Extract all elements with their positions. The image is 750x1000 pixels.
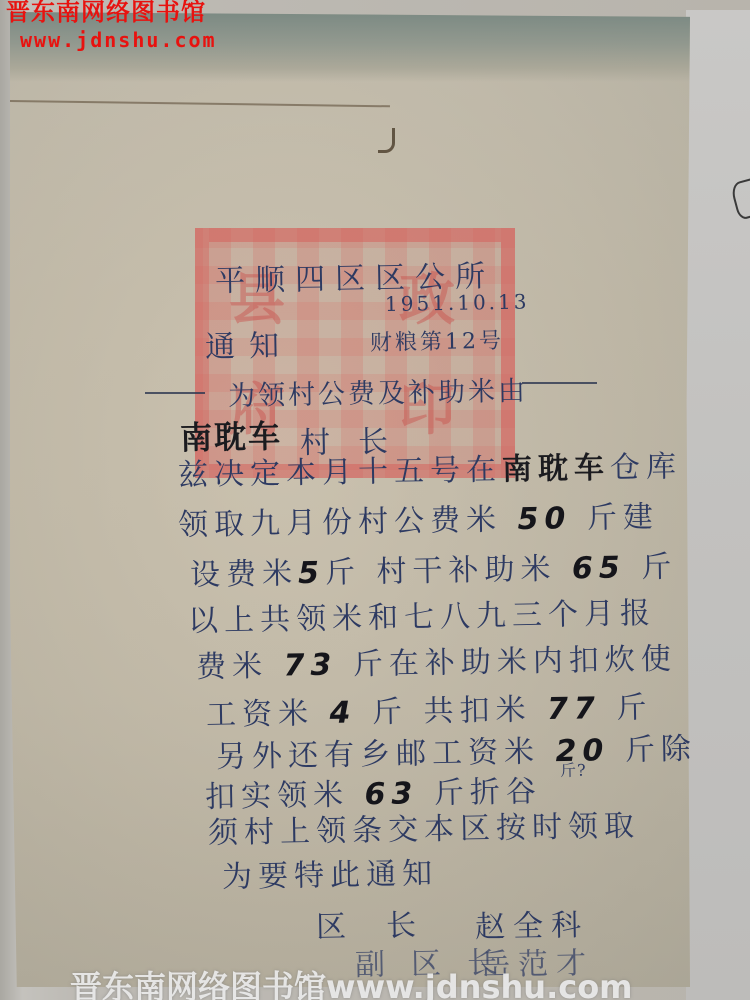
- body-line-5: 费米 73 斤在补助米内扣炊使: [196, 634, 678, 686]
- watermark-title: 晋东南网络图书馆: [6, 0, 217, 24]
- notice-title: 通知: [205, 320, 294, 366]
- rice-amount-65: 65: [572, 550, 626, 586]
- body-line-1: 兹决定本月十五号在南耽车仓库: [178, 441, 683, 494]
- subject-rule-left: [145, 392, 205, 394]
- adjacent-document-sheet: [686, 10, 750, 1000]
- paper-tear: [378, 128, 395, 153]
- paper-crease: [10, 100, 390, 107]
- body-line-4: 以上共领米和七八九三个月报: [188, 588, 657, 640]
- margin-note: 斤?: [560, 758, 587, 781]
- rice-amount-4: 4: [329, 695, 356, 730]
- watermark-url: www.jdnshu.com: [20, 30, 217, 50]
- rice-amount-73: 73: [283, 648, 337, 684]
- watermark-top: 晋东南网络图书馆 www.jdnshu.com: [6, 0, 217, 50]
- subject-rule-right: [522, 382, 597, 384]
- body-line-10: 为要特此通知: [222, 848, 439, 896]
- notice-subject: 为领村公费及补助米由: [228, 369, 529, 413]
- ink-scribble: [730, 177, 750, 220]
- rice-amount-5: 5: [298, 556, 325, 591]
- body-line-2: 领取九月份村公费米 50 斤建: [178, 492, 660, 544]
- village-name: 南耽车: [502, 450, 611, 487]
- reference-number: 财粮第12号: [370, 324, 505, 357]
- rice-amount-50: 50: [517, 501, 571, 537]
- notice-date: 1951.10.13: [385, 289, 530, 316]
- rice-amount-77: 77: [547, 691, 601, 727]
- body-line-3: 设费米5斤 村干补助米 65 斤: [190, 541, 678, 593]
- watermark-bottom: 晋东南网络图书馆www.jdnshu.com: [70, 962, 633, 1000]
- body-line-9: 须村上领条交本区按时领取: [208, 800, 641, 852]
